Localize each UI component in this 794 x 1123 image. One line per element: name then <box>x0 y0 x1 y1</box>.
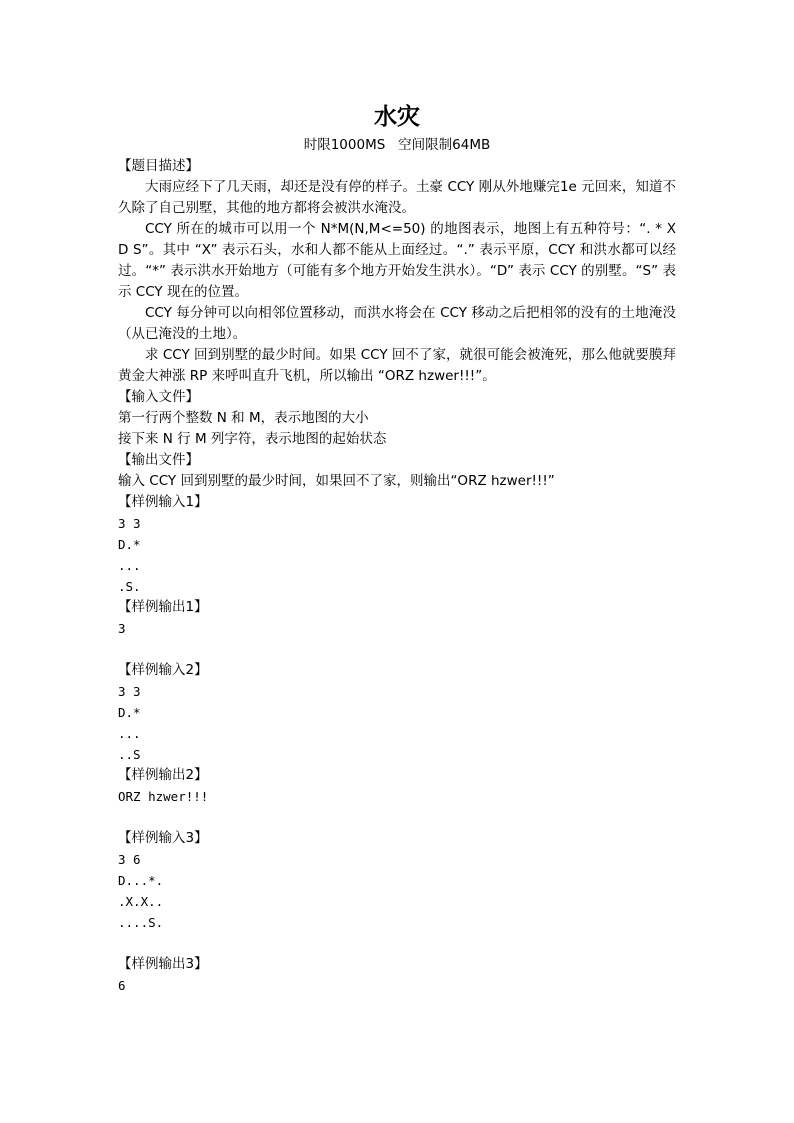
sample-input-heading: 【样例输入2】 <box>118 660 676 681</box>
sample-output-heading: 【样例输出3】 <box>118 954 676 975</box>
sample-output-heading: 【样例输出1】 <box>118 597 676 618</box>
problem-title: 水灾 <box>118 100 676 134</box>
sample-input-heading: 【样例输入1】 <box>118 492 676 513</box>
sample-output-line: 3 <box>118 618 676 639</box>
sample-input-line: ... <box>118 555 676 576</box>
sample-input-line: 3 3 <box>118 681 676 702</box>
sample-input-line: ..S <box>118 744 676 765</box>
sample-input-line: ....S. <box>118 912 676 933</box>
sample-input-line: D...*. <box>118 870 676 891</box>
sample-input-line: 3 3 <box>118 513 676 534</box>
sample-input-heading: 【样例输入3】 <box>118 828 676 849</box>
limits-line: 时限1000MS 空间限制64MB <box>118 134 676 156</box>
sample-input-line: .S. <box>118 576 676 597</box>
sample-input-line: D.* <box>118 534 676 555</box>
sample-output-line: ORZ hzwer!!! <box>118 786 676 807</box>
sample-input-line: D.* <box>118 702 676 723</box>
spacer <box>118 807 676 828</box>
sample-output-line: 6 <box>118 975 676 996</box>
description-paragraph: CCY 每分钟可以向相邻位置移动，而洪水将会在 CCY 移动之后把相邻的没有的土… <box>118 303 676 345</box>
problem-document: 水灾 时限1000MS 空间限制64MB 【题目描述】 大雨应经下了几天雨，却还… <box>118 100 676 996</box>
sample-input-line: .X.X.. <box>118 891 676 912</box>
input-heading: 【输入文件】 <box>118 387 676 408</box>
output-heading: 【输出文件】 <box>118 450 676 471</box>
description-paragraph: 大雨应经下了几天雨，却还是没有停的样子。土豪 CCY 刚从外地赚完1e 元回来，… <box>118 177 676 219</box>
spacer <box>118 933 676 954</box>
sample-output-heading: 【样例输出2】 <box>118 765 676 786</box>
sample-input-line: ... <box>118 723 676 744</box>
description-paragraph: 求 CCY 回到别墅的最少时间。如果 CCY 回不了家，就很可能会被淹死，那么他… <box>118 345 676 387</box>
description-heading: 【题目描述】 <box>118 156 676 177</box>
description-paragraph: CCY 所在的城市可以用一个 N*M(N,M<=50) 的地图表示，地图上有五种… <box>118 219 676 303</box>
output-description-line: 输入 CCY 回到别墅的最少时间，如果回不了家，则输出“ORZ hzwer!!!… <box>118 471 676 492</box>
input-description-line: 第一行两个整数 N 和 M，表示地图的大小 <box>118 408 676 429</box>
sample-input-line: 3 6 <box>118 849 676 870</box>
input-description-line: 接下来 N 行 M 列字符，表示地图的起始状态 <box>118 429 676 450</box>
spacer <box>118 639 676 660</box>
